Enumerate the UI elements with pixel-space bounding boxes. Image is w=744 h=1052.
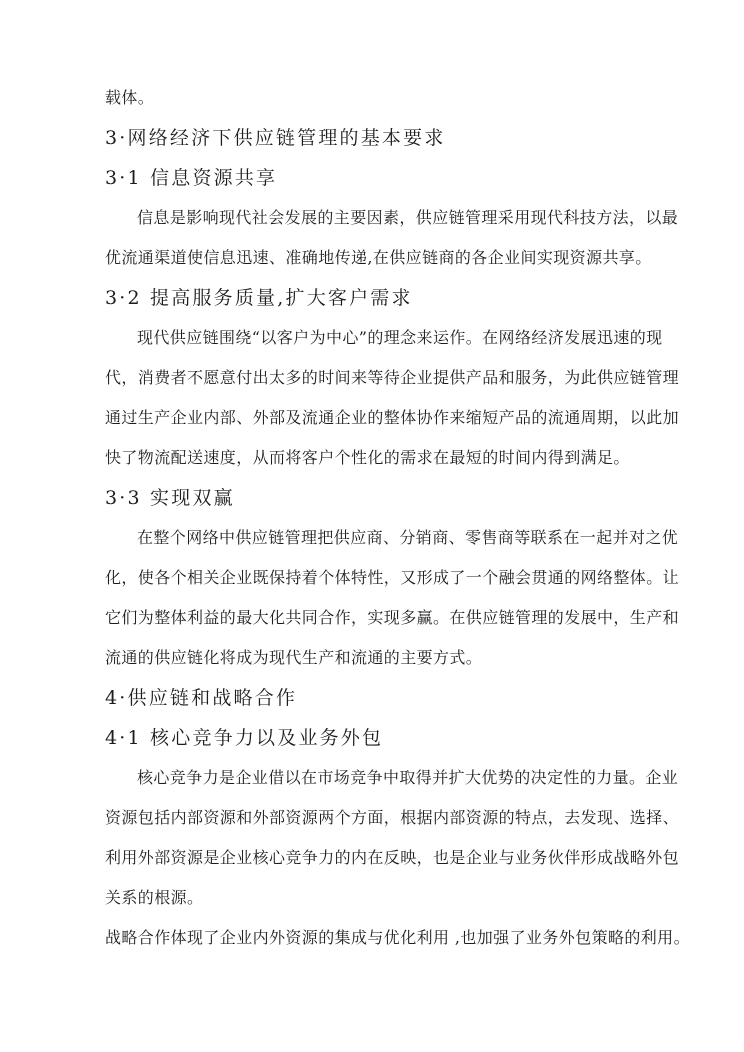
subsection-heading: 3·1 信息资源共享 bbox=[105, 158, 674, 198]
section-heading: 3·网络经济下供应链管理的基本要求 bbox=[105, 118, 674, 158]
paragraph-line: 核心竞争力是企业借以在市场竞争中取得并扩大优势的决定性的力量。企业 bbox=[105, 758, 674, 798]
paragraph-line: 优流通渠道使信息迅速、准确地传递,在供应链商的各企业间实现资源共享。 bbox=[105, 238, 674, 278]
paragraph-line: 化，使各个相关企业既保持着个体特性，又形成了一个融会贯通的网络整体。让 bbox=[105, 558, 674, 598]
document-page: 载体。 3·网络经济下供应链管理的基本要求 3·1 信息资源共享 信息是影响现代… bbox=[0, 0, 744, 1052]
subsection-heading: 3·3 实现双赢 bbox=[105, 478, 674, 518]
paragraph-line: 资源包括内部资源和外部资源两个方面，根据内部资源的特点，去发现、选择、 bbox=[105, 798, 674, 838]
paragraph-line: 关系的根源。 bbox=[105, 878, 674, 918]
paragraph-line: 载体。 bbox=[105, 78, 674, 118]
paragraph-line: 利用外部资源是企业核心竞争力的内在反映，也是企业与业务伙伴形成战略外包 bbox=[105, 838, 674, 878]
paragraph-line: 战略合作体现了企业内外资源的集成与优化利用 ,也加强了业务外包策略的利用。 bbox=[105, 918, 674, 958]
paragraph-line: 流通的供应链化将成为现代生产和流通的主要方式。 bbox=[105, 638, 674, 678]
paragraph-line: 现代供应链围绕“以客户为中心”的理念来运作。在网络经济发展迅速的现 bbox=[105, 318, 674, 358]
paragraph-line: 它们为整体利益的最大化共同合作，实现多赢。在供应链管理的发展中，生产和 bbox=[105, 598, 674, 638]
subsection-heading: 4·1 核心竞争力以及业务外包 bbox=[105, 718, 674, 758]
document-body: 载体。 3·网络经济下供应链管理的基本要求 3·1 信息资源共享 信息是影响现代… bbox=[0, 0, 744, 958]
section-heading: 4·供应链和战略合作 bbox=[105, 678, 674, 718]
subsection-heading: 3·2 提高服务质量,扩大客户需求 bbox=[105, 278, 674, 318]
paragraph-line: 通过生产企业内部、外部及流通企业的整体协作来缩短产品的流通周期，以此加 bbox=[105, 398, 674, 438]
paragraph-line: 在整个网络中供应链管理把供应商、分销商、零售商等联系在一起并对之优 bbox=[105, 518, 674, 558]
paragraph-line: 快了物流配送速度，从而将客户个性化的需求在最短的时间内得到满足。 bbox=[105, 438, 674, 478]
paragraph-line: 信息是影响现代社会发展的主要因素，供应链管理采用现代科技方法，以最 bbox=[105, 198, 674, 238]
paragraph-line: 代，消费者不愿意付出太多的时间来等待企业提供产品和服务，为此供应链管理 bbox=[105, 358, 674, 398]
